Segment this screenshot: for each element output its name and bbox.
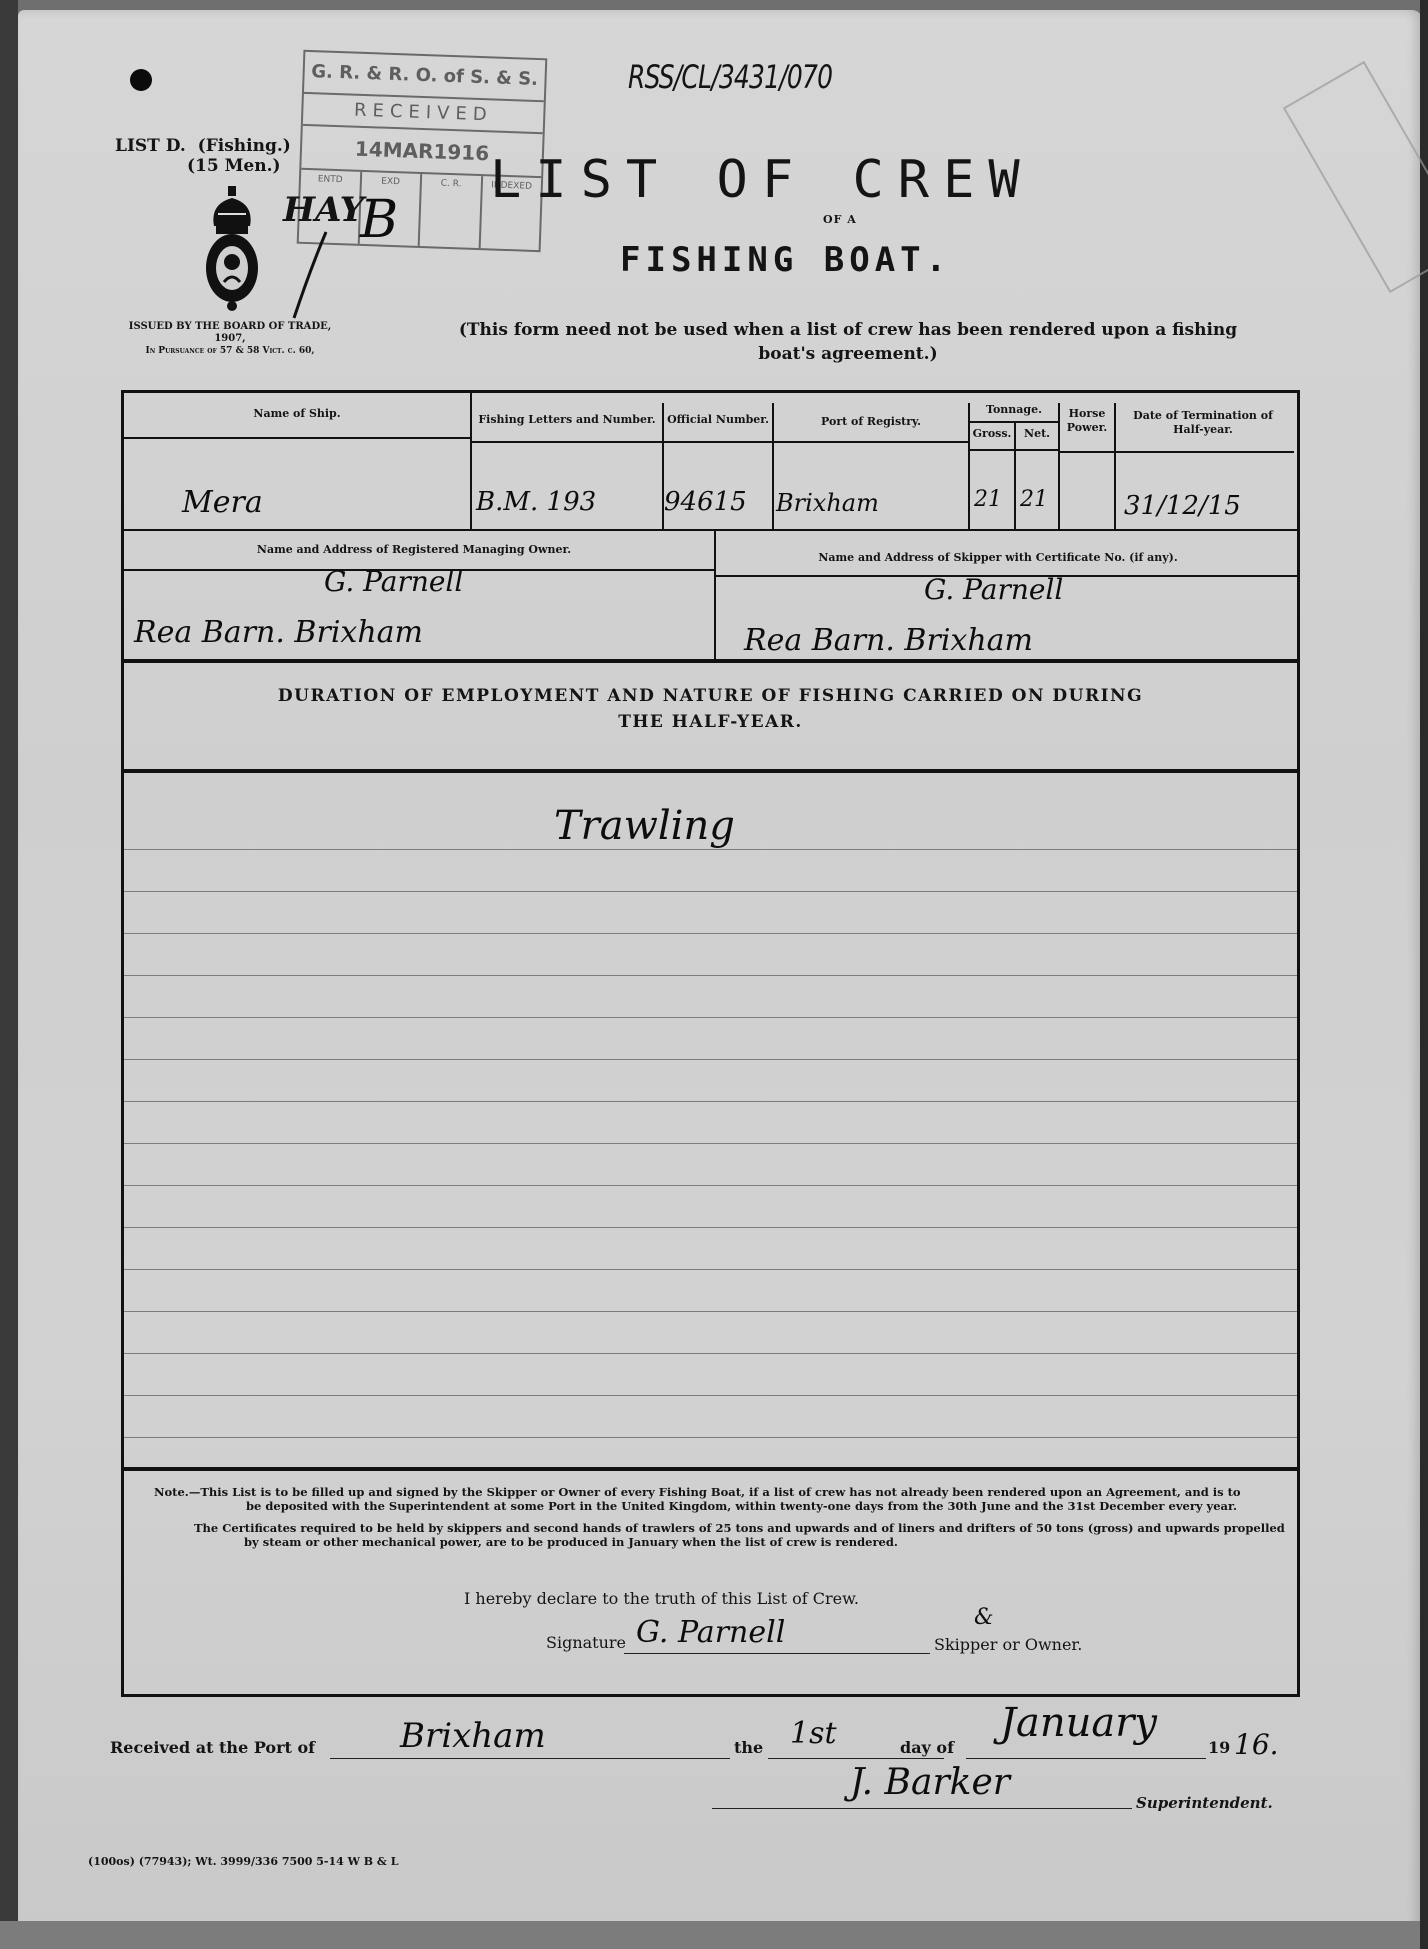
divider [714, 529, 716, 659]
stamp-cell-cr: C. R. [420, 174, 483, 248]
divider [970, 449, 1058, 451]
handwritten-initials: HAY [283, 190, 364, 230]
value-name-of-ship: Mera [182, 485, 263, 520]
header-official-number: Official Number. [664, 413, 772, 427]
employment-title-line2: THE HALF-YEAR. [124, 709, 1297, 735]
statute-reference: In Pursuance of 57 & 58 Vict. c. 60, [100, 345, 360, 357]
note1-line1: This List is to be filled up and signed … [200, 1485, 1240, 1499]
header-tonnage: Tonnage. [970, 403, 1058, 417]
pen-stroke-icon [290, 230, 330, 320]
received-port-label: Received at the Port of [110, 1738, 315, 1757]
received-the-label: the [734, 1738, 763, 1757]
value-gross-tonnage: 21 [974, 487, 1002, 512]
note-certificates: The Certificates required to be held by … [154, 1521, 1314, 1549]
divider [470, 441, 970, 443]
page-subtitle: FISHING BOAT. [620, 240, 951, 280]
received-day-line [768, 1758, 944, 1759]
list-designation: LIST D. (Fishing.) (15 Men.) [115, 136, 291, 176]
handwritten-mark: B [360, 190, 398, 250]
ruled-line [124, 1437, 1297, 1438]
note2-line2: by steam or other mechanical power, are … [194, 1535, 1314, 1549]
header-name-of-ship: Name of Ship. [124, 407, 470, 421]
value-nature-of-fishing: Trawling [554, 803, 735, 849]
declaration-text: I hereby declare to the truth of this Li… [464, 1589, 859, 1608]
received-port-line [330, 1758, 730, 1759]
note-filing-instructions: Note.—This List is to be filled up and s… [154, 1485, 1274, 1513]
value-termination-date: 31/12/15 [1124, 491, 1241, 521]
ruled-line [124, 975, 1297, 976]
ruled-line [124, 1101, 1297, 1102]
value-port-of-registry: Brixham [776, 489, 879, 517]
ruled-line [124, 1395, 1297, 1396]
value-skipper-address: Rea Barn. Brixham [744, 623, 1033, 658]
ruled-line [124, 1311, 1297, 1312]
header-net: Net. [1016, 427, 1058, 441]
title-connector: OF A [823, 213, 857, 226]
page-title: LIST OF CREW [490, 150, 1034, 210]
header-gross: Gross. [970, 427, 1014, 441]
ruled-line [124, 1269, 1297, 1270]
value-owner-name: G. Parnell [324, 565, 463, 598]
received-year-prefix: 19 [1208, 1738, 1230, 1757]
employment-title-line1: DURATION OF EMPLOYMENT AND NATURE OF FIS… [124, 683, 1297, 709]
divider [124, 437, 470, 439]
received-month-line [966, 1758, 1206, 1759]
list-category: (Fishing.) [198, 136, 291, 156]
issued-by: ISSUED BY THE BOARD OF TRADE, [100, 321, 360, 333]
list-capacity: (15 Men.) [115, 156, 291, 176]
divider [124, 529, 1300, 531]
value-skipper-name: G. Parnell [924, 573, 1063, 606]
divider [1114, 403, 1116, 529]
signature-value: G. Parnell [636, 1615, 785, 1650]
received-month-value: January [1000, 1700, 1157, 1746]
scan-left-edge [0, 0, 18, 1949]
received-port-value: Brixham [400, 1716, 546, 1756]
ruled-line [124, 1227, 1297, 1228]
header-horse-power: Horse Power. [1060, 407, 1114, 435]
header-skipper: Name and Address of Skipper with Certifi… [718, 551, 1278, 565]
issued-year: 1907, [100, 333, 360, 345]
signature-line [624, 1653, 930, 1654]
header-termination-date: Date of Termination of Half-year. [1118, 409, 1288, 437]
ruled-line [124, 1143, 1297, 1144]
divider [124, 1467, 1300, 1471]
value-owner-address: Rea Barn. Brixham [134, 615, 423, 650]
superintendent-label: Superintendent. [1136, 1794, 1273, 1812]
ruled-line [124, 849, 1297, 850]
printer-imprint: (100os) (77943); Wt. 3999/336 7500 5-14 … [88, 1855, 398, 1868]
header-port-of-registry: Port of Registry. [774, 415, 968, 429]
header-owner: Name and Address of Registered Managing … [124, 543, 704, 557]
ruled-line [124, 891, 1297, 892]
received-day-of-label: day of [900, 1738, 954, 1757]
signature-label: Signature [546, 1633, 626, 1652]
royal-crest-icon [200, 186, 264, 314]
issuer-block: ISSUED BY THE BOARD OF TRADE, 1907, In P… [100, 321, 360, 357]
superintendent-signature: J. Barker [850, 1762, 1010, 1803]
value-net-tonnage: 21 [1020, 487, 1048, 512]
punch-hole [130, 69, 152, 91]
list-label: LIST D. [115, 136, 186, 156]
ruled-line [124, 1353, 1297, 1354]
reference-number: RSS/CL/3431/070 [628, 58, 832, 96]
divider [124, 659, 1300, 663]
received-day-value: 1st [790, 1716, 837, 1751]
value-fishing-letters: B.M. 193 [476, 487, 596, 517]
ruled-line [124, 1059, 1297, 1060]
role-correction-mark: & [974, 1605, 994, 1630]
header-fishing-letters: Fishing Letters and Number. [472, 413, 662, 427]
role-label: Skipper or Owner. [934, 1635, 1082, 1654]
note1-line2: be deposited with the Superintendent at … [154, 1499, 1274, 1513]
scan-right-edge [1420, 0, 1428, 1949]
note-label: Note.— [154, 1485, 200, 1499]
divider [1058, 451, 1294, 453]
superintendent-line [712, 1808, 1132, 1809]
scan-bottom-edge [0, 1921, 1428, 1949]
ruled-line [124, 1185, 1297, 1186]
crew-list-form: Name of Ship. Fishing Letters and Number… [121, 390, 1300, 1697]
divider [124, 769, 1300, 773]
ruled-line [124, 933, 1297, 934]
ruled-line [124, 1017, 1297, 1018]
usage-note: (This form need not be used when a list … [428, 318, 1268, 366]
value-official-number: 94615 [664, 487, 747, 517]
received-year-suffix: 16. [1234, 1728, 1279, 1761]
note2-line1: The Certificates required to be held by … [194, 1521, 1285, 1535]
